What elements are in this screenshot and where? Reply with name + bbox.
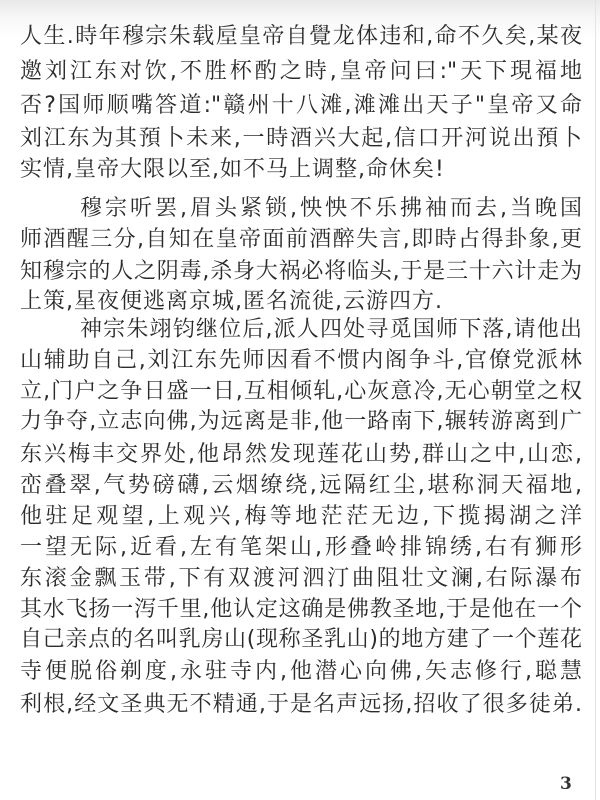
paragraph-first-line: 穆宗听罢,眉头紧锁,怏怏不乐拂袖而去,当晚国 xyxy=(80,194,582,224)
text-line: 他驻足观望,上观兴,梅等地茫茫无边,下揽揭湖之洋 xyxy=(20,502,582,532)
text-line: 东滚金飘玉带,下有双渡河泗汀曲阻壮文澜,右际瀑布 xyxy=(20,564,582,594)
text-line: 人生.時年穆宗朱载垕皇帝自覺龙体违和,命不久矣,某夜 xyxy=(20,22,582,52)
text-line: 利根,经文圣典无不精通,于是名声远扬,招收了很多徒弟. xyxy=(20,690,582,720)
text-line: 一望无际,近看,左有笔架山,形叠岭排锦绣,右有狮形 xyxy=(20,533,582,563)
text-line: 自己亲点的名叫乳房山(现称圣乳山)的地方建了一个莲花 xyxy=(20,625,582,655)
text-line: 其水飞扬一泻千里,他认定这确是佛教圣地,于是他在一个 xyxy=(20,595,582,625)
text-line: 邀刘江东对饮,不胜杯酌之時,皇帝问曰:"天下現福地 xyxy=(20,57,582,87)
paragraph-first-line: 神宗朱翊钧继位后,派人四处寻觅国师下落,请他出 xyxy=(80,315,582,345)
text-line: 山辅助自己,刘江东先师因看不惯内阁争斗,官僚党派林 xyxy=(20,346,582,376)
text-line: 否?国师顺嘴答道:"赣州十八滩,滩滩出天子"皇帝又命 xyxy=(20,91,582,121)
text-line: 力争夺,立志向佛,为远离是非,他一路南下,辗转游离到广 xyxy=(20,407,582,437)
text-line: 刘江东为其預卜未来,一時酒兴大起,信口开河说出預卜 xyxy=(20,124,582,154)
text-line: 峦叠翠,气势磅礴,云烟缭绕,远隔红尘,堪称洞天福地, xyxy=(20,471,582,501)
text-line: 师酒醒三分,自知在皇帝面前酒醉失言,即時占得卦象,更 xyxy=(20,225,582,255)
page-edge-divider xyxy=(595,0,596,800)
text-line: 东兴梅丰交界处,他昂然发现莲花山势,群山之中,山恋, xyxy=(20,440,582,470)
text-line: 上策,星夜便逃离京城,匿名流徙,云游四方. xyxy=(20,287,443,317)
text-line: 知穆宗的人之阴毒,杀身大祸必将临头,于是三十六计走为 xyxy=(20,257,582,287)
text-line: 实情,皇帝大限以至,如不马上调整,命休矣! xyxy=(20,155,445,185)
text-line: 立,门户之争日盛一日,互相倾轧,心灰意冷,无心朝堂之权 xyxy=(20,377,582,407)
page-number: 3 xyxy=(560,774,572,794)
handwritten-page: 人生.時年穆宗朱载垕皇帝自覺龙体违和,命不久矣,某夜 邀刘江东对饮,不胜杯酌之時… xyxy=(0,0,600,800)
text-line: 寺便脱俗剃度,永驻寺内,他潜心向佛,矢志修行,聪慧 xyxy=(20,657,582,687)
